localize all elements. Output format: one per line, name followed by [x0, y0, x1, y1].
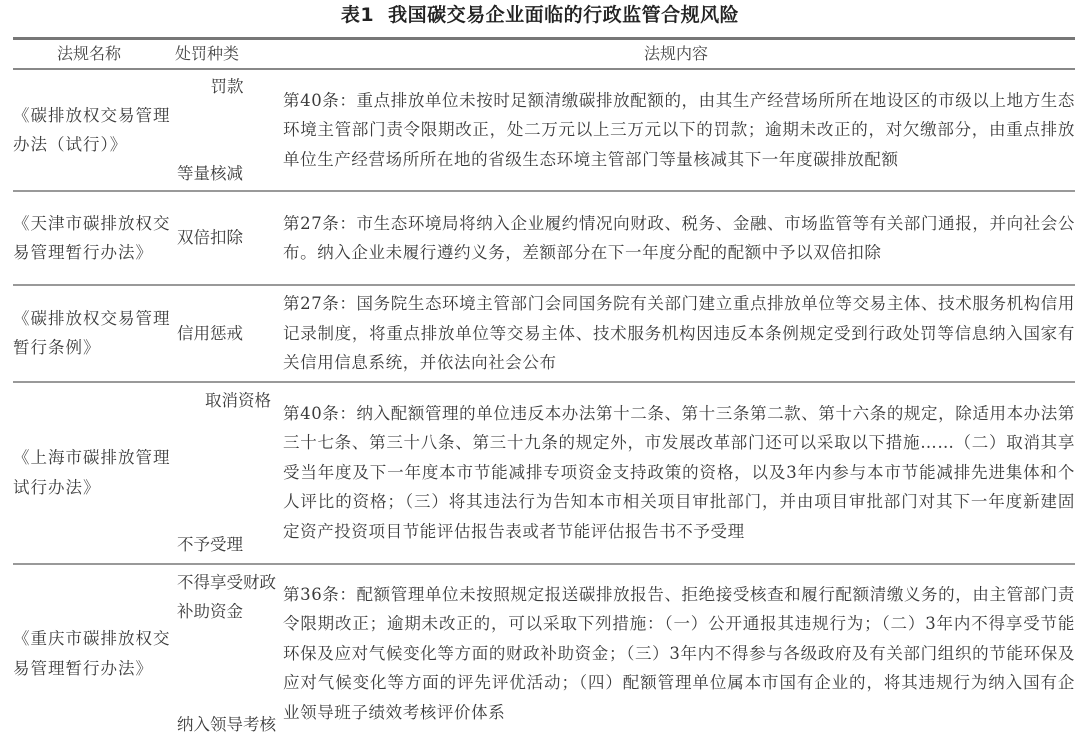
regulation-risk-table: 法规名称 处罚种类 法规内容 《碳排放权交易管理办法（试行）》 罚款 等量核减 …	[13, 37, 1075, 740]
penalty-type: 等量核减	[177, 159, 277, 189]
penalty-type-cell: 罚款 等量核减	[173, 69, 277, 191]
penalty-type: 罚款	[177, 72, 277, 102]
table-row: 《碳排放权交易管理办法（试行）》 罚款 等量核减 第40条：重点排放单位未按时足…	[13, 69, 1075, 191]
penalty-type: 信用惩戒	[173, 285, 277, 382]
penalty-type: 取消资格	[177, 386, 277, 416]
penalty-type: 不予受理	[177, 530, 277, 560]
table-row: 《重庆市碳排放权交易管理暂行办法》 不得享受财政补助资金 纳入领导考核 第36条…	[13, 564, 1075, 740]
penalty-type: 双倍扣除	[173, 191, 277, 285]
header-penalty-type: 处罚种类	[173, 39, 277, 70]
penalty-type: 不得享受财政补助资金	[177, 568, 277, 627]
regulation-content: 第27条：市生态环境局将纳入企业履约情况向财政、税务、金融、市场监管等有关部门通…	[277, 191, 1075, 285]
regulation-name: 《重庆市碳排放权交易管理暂行办法》	[13, 564, 173, 740]
regulation-content: 第27条：国务院生态环境主管部门会同国务院有关部门建立重点排放单位等交易主体、技…	[277, 285, 1075, 382]
table-caption: 表1我国碳交易企业面临的行政监管合规风险	[0, 2, 1080, 28]
regulation-content: 第40条：重点排放单位未按时足额清缴碳排放配额的，由其生产经营场所所在地设区的市…	[277, 69, 1075, 191]
table-header-row: 法规名称 处罚种类 法规内容	[13, 39, 1075, 70]
header-regulation-name: 法规名称	[13, 39, 173, 70]
regulation-name: 《碳排放权交易管理暂行条例》	[13, 285, 173, 382]
penalty-type: 纳入领导考核	[177, 710, 277, 740]
table-number: 表1	[341, 4, 374, 26]
penalty-type-cell: 取消资格 不予受理	[173, 382, 277, 564]
regulation-content: 第40条：纳入配额管理的单位违反本办法第十二条、第十三条第二款、第十六条的规定，…	[277, 382, 1075, 564]
penalty-type-cell: 不得享受财政补助资金 纳入领导考核	[173, 564, 277, 740]
table-row: 《上海市碳排放管理试行办法》 取消资格 不予受理 第40条：纳入配额管理的单位违…	[13, 382, 1075, 564]
regulation-name: 《上海市碳排放管理试行办法》	[13, 382, 173, 564]
regulation-name: 《天津市碳排放权交易管理暂行办法》	[13, 191, 173, 285]
table-row: 《碳排放权交易管理暂行条例》 信用惩戒 第27条：国务院生态环境主管部门会同国务…	[13, 285, 1075, 382]
table-title: 我国碳交易企业面临的行政监管合规风险	[388, 4, 739, 26]
header-regulation-content: 法规内容	[277, 39, 1075, 70]
regulation-content: 第36条：配额管理单位未按照规定报送碳排放报告、拒绝接受核查和履行配额清缴义务的…	[277, 564, 1075, 740]
regulation-name: 《碳排放权交易管理办法（试行）》	[13, 69, 173, 191]
table-row: 《天津市碳排放权交易管理暂行办法》 双倍扣除 第27条：市生态环境局将纳入企业履…	[13, 191, 1075, 285]
